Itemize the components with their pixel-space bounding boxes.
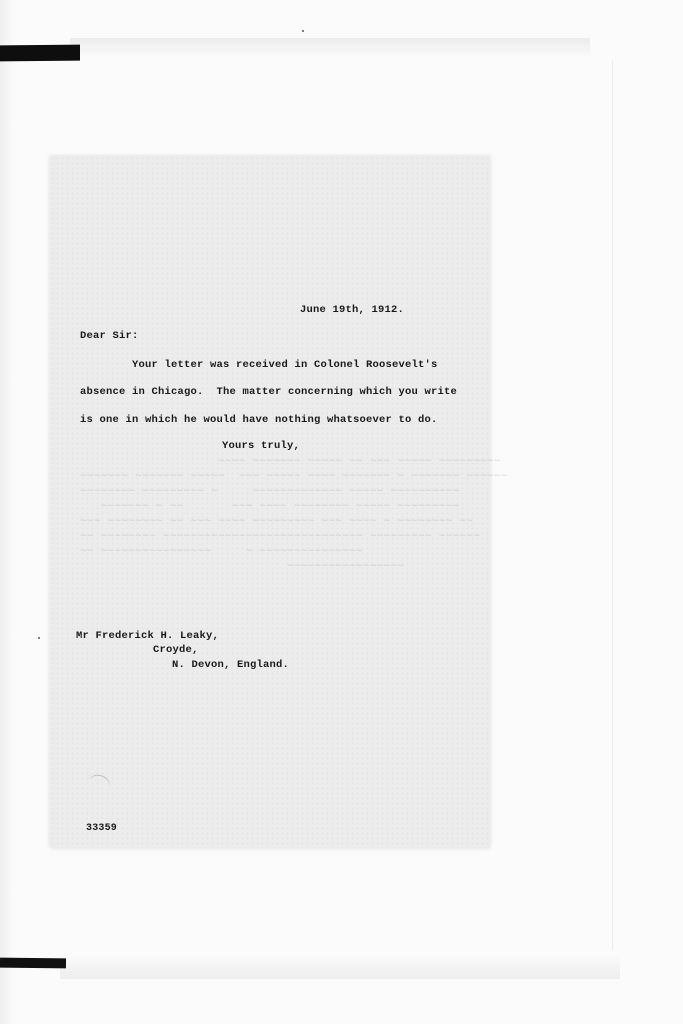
film-frame-edge (612, 60, 613, 950)
scan-edge-shading (0, 0, 14, 1024)
film-registration-mark-bottom (0, 958, 66, 969)
bleed-through-line: ~~~~~~~ ~~~~~~~ ~~~~~ ~~~ ~~~~~ ~~~~ ~~~… (80, 471, 508, 483)
letter-body-line-3: is one in which he would have nothing wh… (80, 414, 438, 426)
recipient-name: Mr Frederick H. Leaky, (76, 630, 219, 642)
film-frame-shadow-top (70, 38, 590, 58)
letter-body-line-2: absence in Chicago. The matter concernin… (80, 386, 457, 398)
file-number: 33359 (86, 823, 117, 834)
film-registration-mark-top (0, 45, 80, 62)
recipient-locality: Croyde, (153, 644, 199, 656)
bleed-through-line: ~~~~~~~~~~~~~~~~~ (80, 561, 404, 573)
bleed-through-line: ~~ ~~~~~~~~ ~~~~~~~~~~~~~~~~~~~~~~~~~~~~… (80, 531, 480, 543)
bleed-through-line: ~~~ ~~~~~~~~ ~~ ~~~ ~~~~ ~~~~~~~~~ ~~~ ~… (80, 516, 473, 528)
bleed-through-line: ~~~~ ~~~~~~~ ~~~~~ ~~ ~~~ ~~~~~ ~~~~~~~~… (80, 456, 501, 468)
bleed-through-line: ~~ ~~~~~~~~~~~~~~~~ ~ ~~~~~~~~~~~~~~~ (80, 546, 363, 558)
film-frame-shadow-bottom (60, 955, 620, 979)
letter-salutation: Dear Sir: (80, 330, 139, 342)
dust-speck (38, 637, 40, 639)
bleed-through-line: ~~~~~~~ ~ ~~ ~~~ ~~~~ ~~~~~~~~ ~~~~~ ~~~… (80, 501, 460, 513)
dust-speck (302, 30, 304, 32)
bleed-through-line: ~~~~~~~~ ~~~~~~~~~ ~ ~~~~~~~~~~~~~ ~~~~~… (80, 486, 460, 498)
recipient-region: N. Devon, England. (172, 659, 289, 671)
letter-closing: Yours truly, (222, 440, 300, 452)
letter-date: June 19th, 1912. (300, 304, 404, 316)
letter-body-line-1: Your letter was received in Colonel Roos… (132, 359, 438, 371)
